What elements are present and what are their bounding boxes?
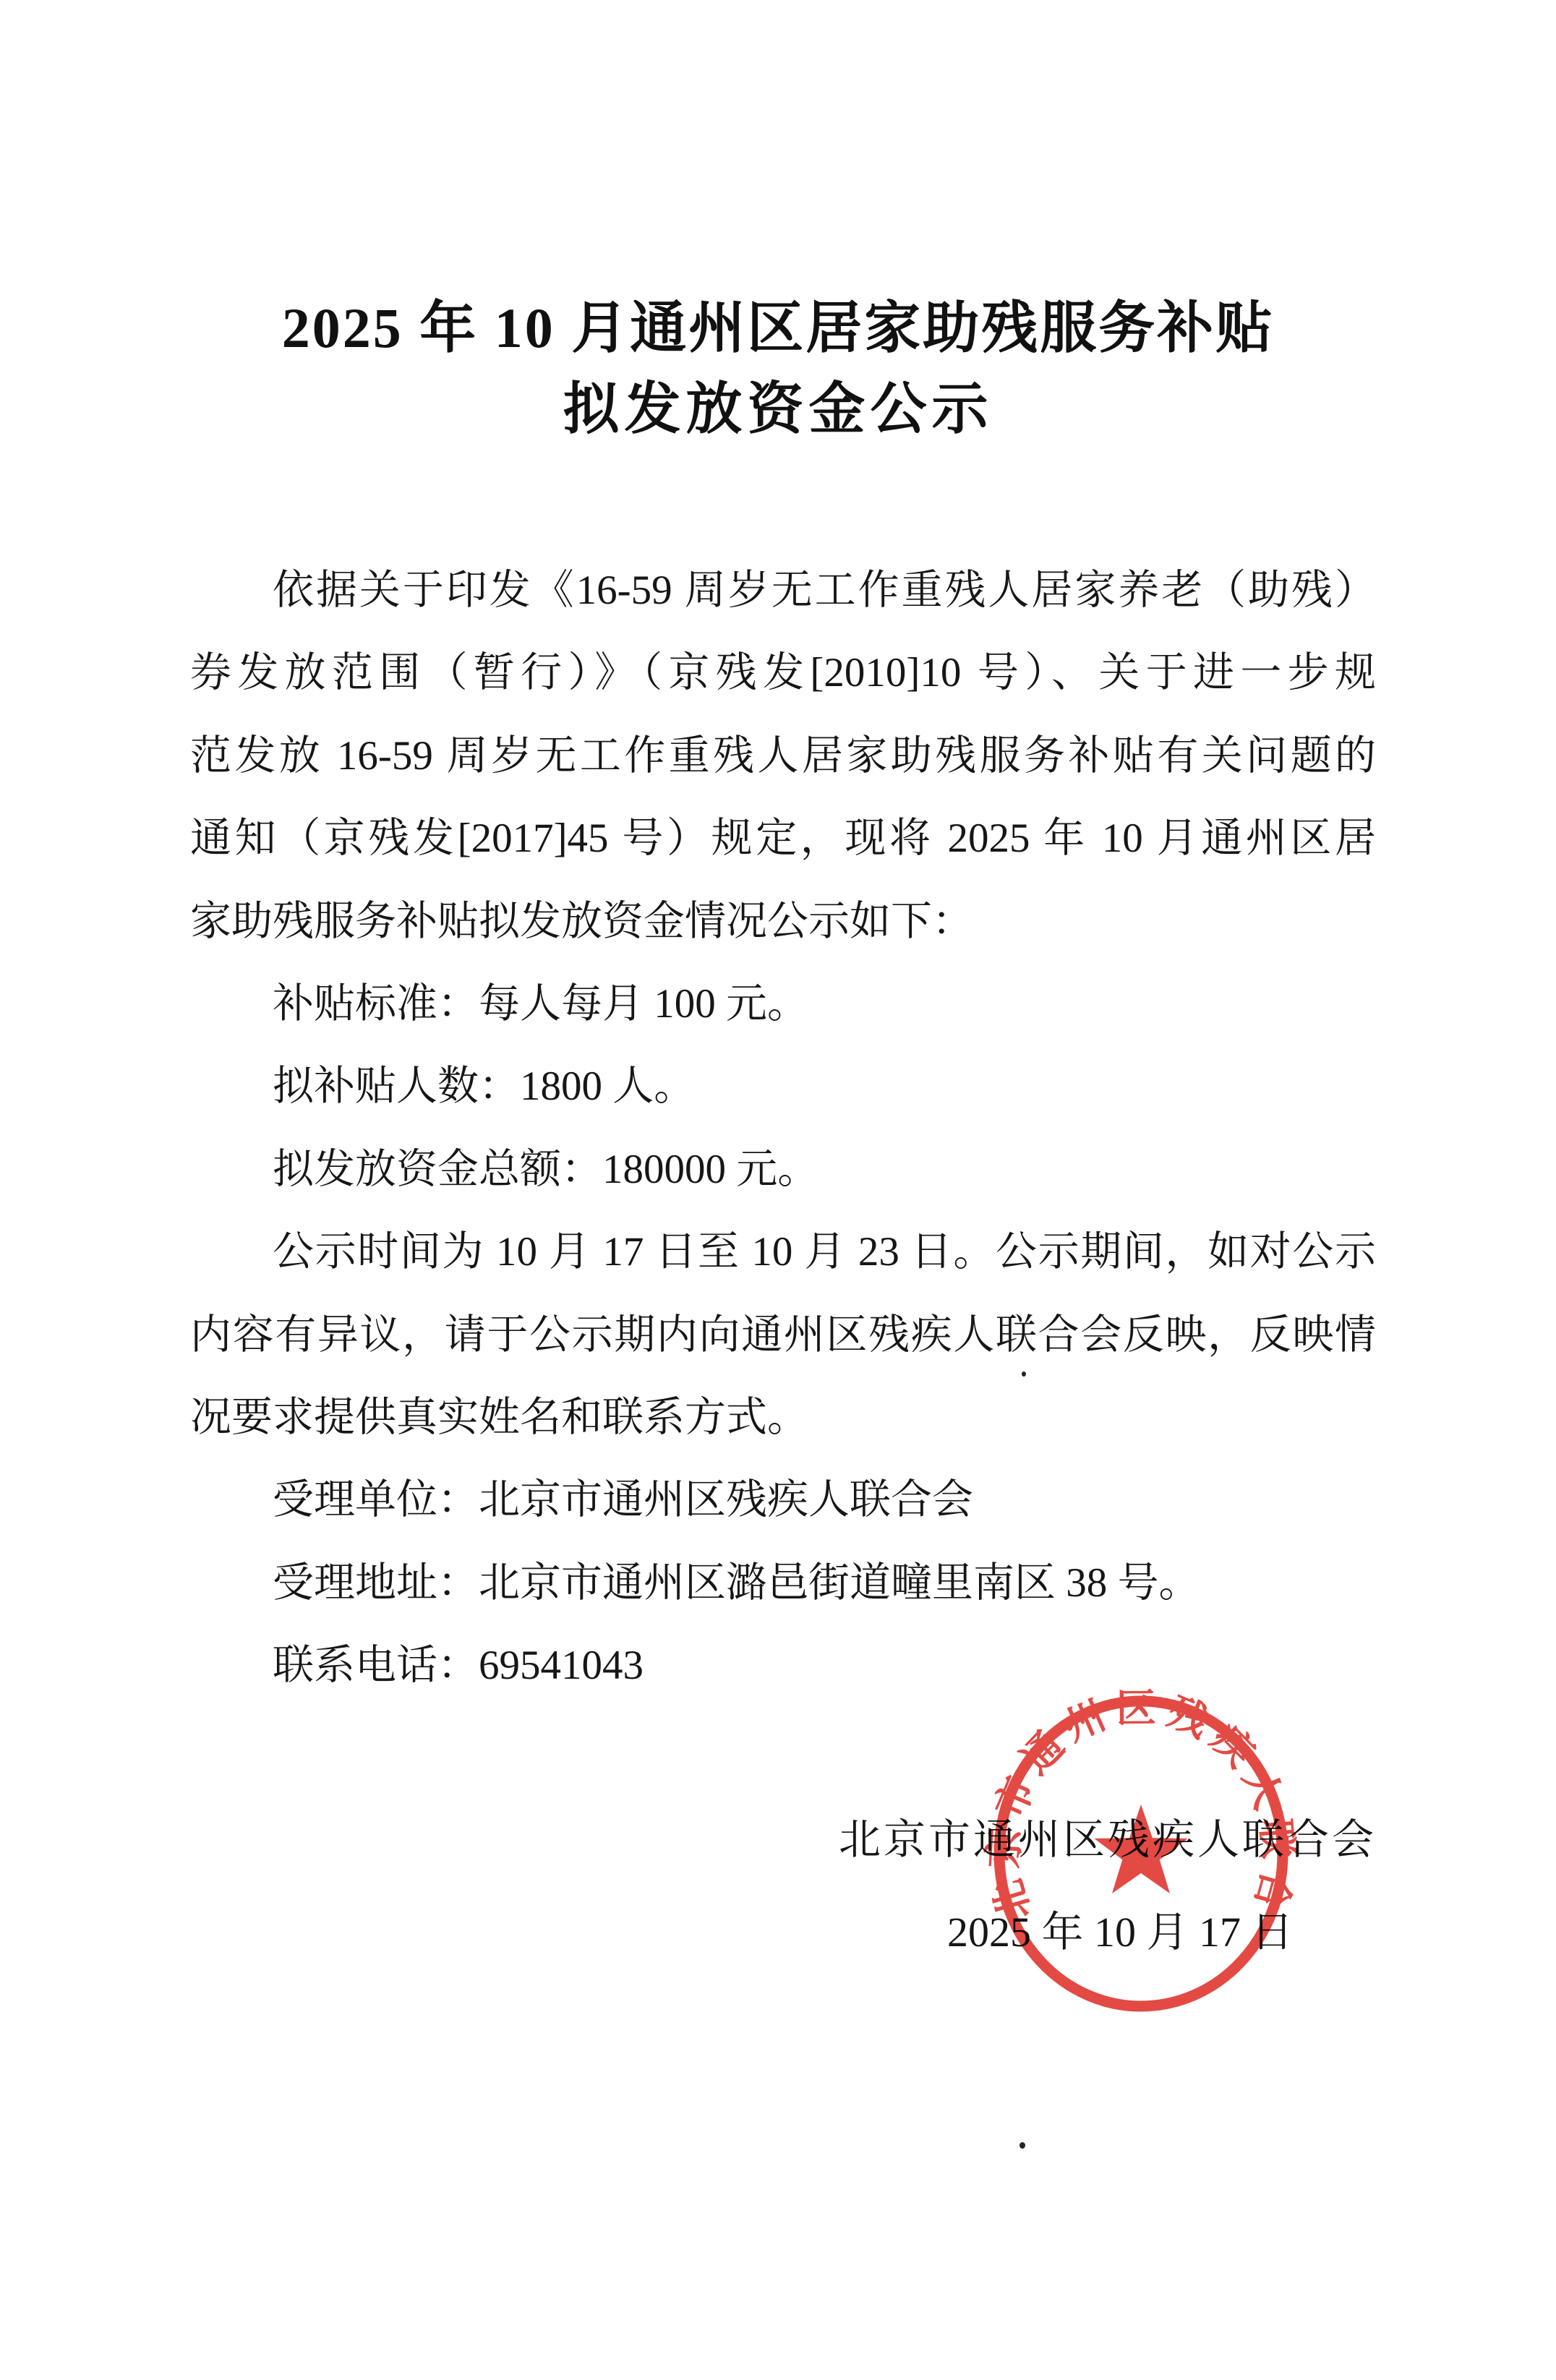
body-line: 家助残服务补贴拟发放资金情况公示如下： bbox=[190, 881, 1376, 963]
document-body: 依据关于印发《16-59 周岁无工作重残人居家养老（助残）券发放范围（暂行）》（… bbox=[190, 549, 1376, 1707]
red-star-icon bbox=[1094, 1805, 1187, 1893]
document-page: 2025 年 10 月通州区居家助残服务补贴 拟发放资金公示 依据关于印发《16… bbox=[0, 0, 1556, 2380]
document-title-line1: 2025 年 10 月通州区居家助残服务补贴 bbox=[0, 288, 1556, 369]
body-line: 券发放范围（暂行）》（京残发[2010]10 号）、关于进一步规 bbox=[190, 632, 1376, 714]
body-line: 内容有异议，请于公示期内向通州区残疾人联合会反映，反映情 bbox=[190, 1294, 1376, 1377]
body-line: 拟发放资金总额：180000 元。 bbox=[190, 1129, 1376, 1211]
body-line: 通知（京残发[2017]45 号）规定，现将 2025 年 10 月通州区居 bbox=[190, 797, 1376, 880]
body-line: 受理地址：北京市通州区潞邑街道疃里南区 38 号。 bbox=[190, 1542, 1376, 1625]
body-line: 依据关于印发《16-59 周岁无工作重残人居家养老（助残） bbox=[190, 549, 1376, 632]
body-line: 公示时间为 10 月 17 日至 10 月 23 日。公示期间，如对公示 bbox=[190, 1211, 1376, 1293]
body-line: 范发放 16-59 周岁无工作重残人居家助残服务补贴有关问题的 bbox=[190, 715, 1376, 797]
body-line: 受理单位：北京市通州区残疾人联合会 bbox=[190, 1459, 1376, 1541]
scan-artifact-dot bbox=[1022, 1371, 1026, 1377]
document-title-line2: 拟发放资金公示 bbox=[0, 369, 1556, 450]
body-line: 补贴标准：每人每月 100 元。 bbox=[190, 963, 1376, 1045]
document-title: 2025 年 10 月通州区居家助残服务补贴 拟发放资金公示 bbox=[0, 288, 1556, 450]
official-seal: 北京市通州区残疾人联合会 bbox=[971, 1681, 1311, 2021]
body-line: 况要求提供真实姓名和联系方式。 bbox=[190, 1377, 1376, 1459]
scan-artifact-dot bbox=[1019, 2142, 1025, 2149]
body-line: 拟补贴人数：1800 人。 bbox=[190, 1045, 1376, 1128]
seal-arc-text: 北京市通州区残疾人联合会 bbox=[971, 1681, 1301, 1925]
